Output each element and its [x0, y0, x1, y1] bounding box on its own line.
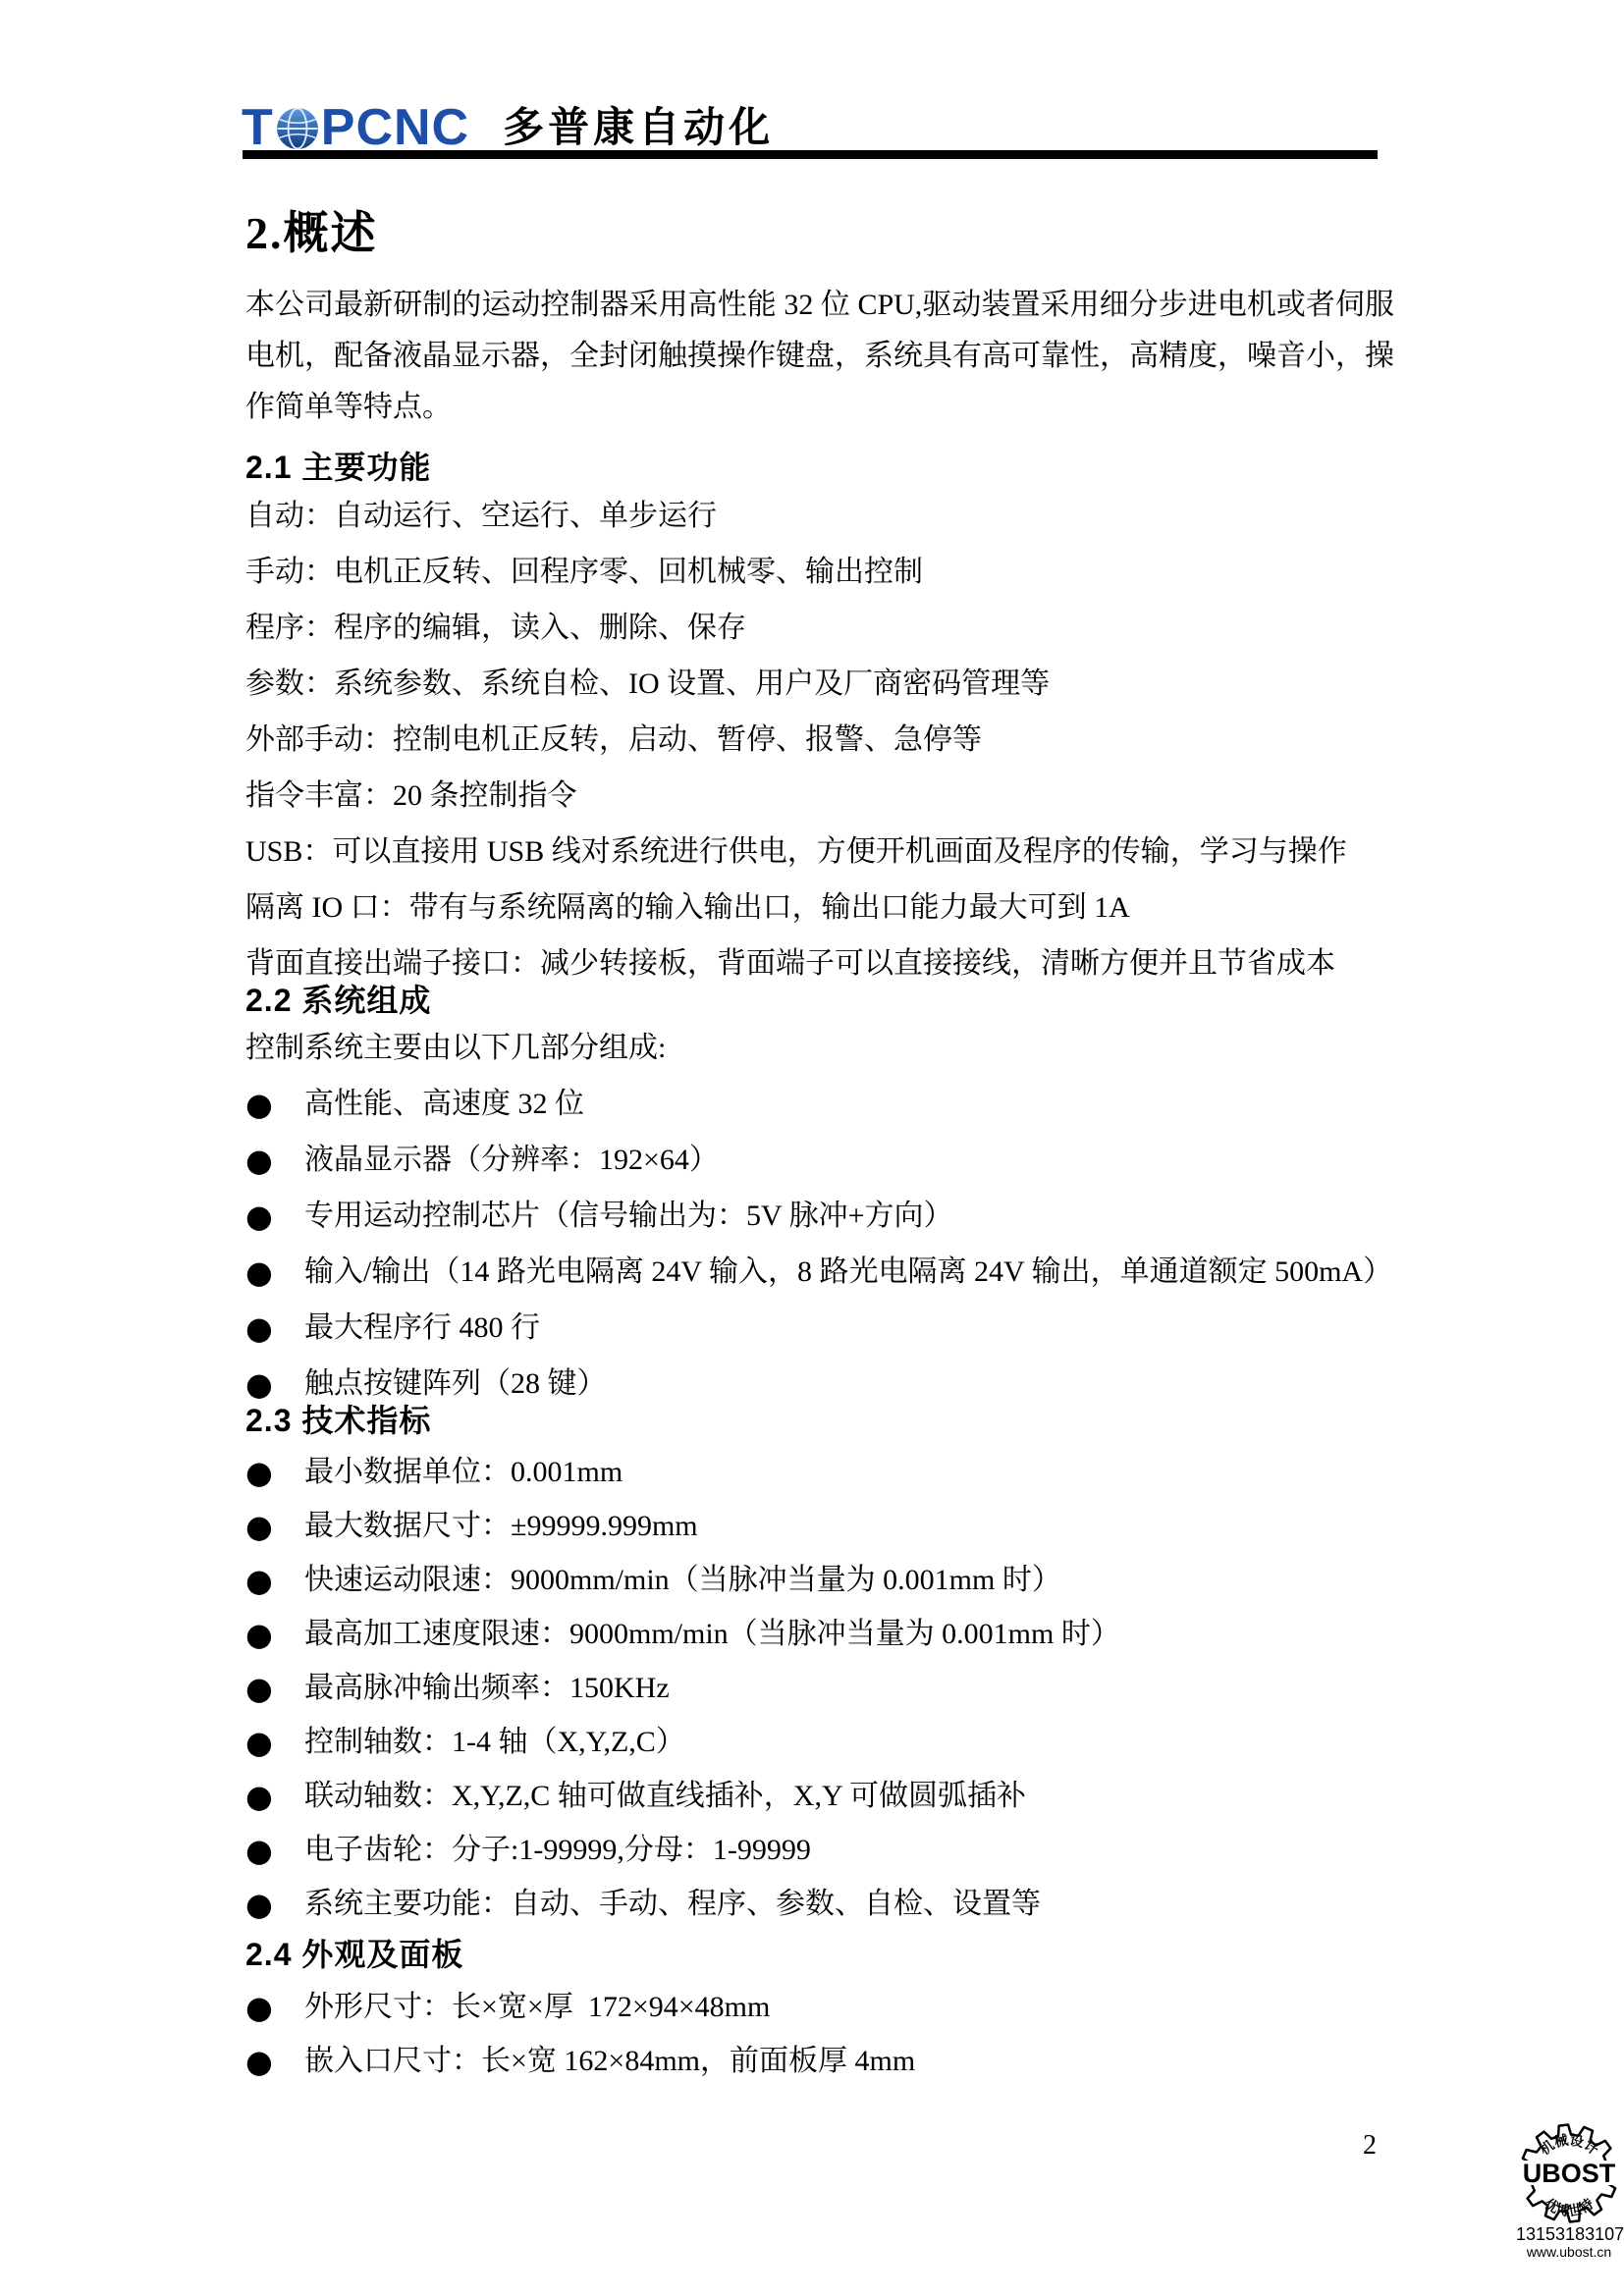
bullet-icon: ● [245, 1144, 304, 1177]
list-item: ● 快速运动限速：9000mm/min（当脉冲当量为 0.001mm 时） [245, 1564, 1394, 1597]
text-line: 隔离 IO 口：带有与系统隔离的输入输出口，输出口能力最大可到 1A [245, 891, 1394, 925]
gear-logo-icon: 机械设计 UBOST 优博世特 [1518, 2122, 1620, 2224]
list-item-text: 高性能、高速度 32 位 [304, 1088, 584, 1121]
list-item-text: 嵌入口尺寸：长×宽 162×84mm，前面板厚 4mm [304, 2045, 915, 2078]
text-line: 参数：系统参数、系统自检、IO 设置、用户及厂商密码管理等 [245, 667, 1394, 701]
list-item: ● 系统主要功能：自动、手动、程序、参数、自检、设置等 [245, 1888, 1394, 1921]
section-lead: 控制系统主要由以下几部分组成: [245, 1032, 1394, 1065]
ubost-stamp: 机械设计 UBOST 优博世特 13153183107 www.ubost.cn [1516, 2122, 1622, 2260]
text-line: 外部手动：控制电机正反转，启动、暂停、报警、急停等 [245, 723, 1394, 757]
bullet-icon: ● [245, 1088, 304, 1121]
bullet-icon: ● [245, 1311, 304, 1345]
text-line: 程序：程序的编辑，读入、删除、保存 [245, 612, 1394, 645]
list-item: ● 最大数据尺寸：±99999.999mm [245, 1510, 1394, 1543]
list-item: ● 外形尺寸：长×宽×厚 172×94×48mm [245, 1991, 1394, 2024]
bullet-icon: ● [245, 1672, 304, 1705]
stamp-website: www.ubost.cn [1516, 2244, 1622, 2260]
list-item-text: 联动轴数：X,Y,Z,C 轴可做直线插补，X,Y 可做圆弧插补 [304, 1780, 1026, 1813]
list-item: ● 专用运动控制芯片（信号输出为：5V 脉冲+方向） [245, 1200, 1394, 1233]
list-item: ● 最高脉冲输出频率：150KHz [245, 1672, 1394, 1705]
document-page: T PCNC 多普康自动化 2.概述 本公司最新研制的运动控制器采用高性能 32… [0, 0, 1624, 2296]
list-item: ● 电子齿轮：分子:1-99999,分母：1-99999 [245, 1834, 1394, 1867]
list-item-text: 专用运动控制芯片（信号输出为：5V 脉冲+方向） [304, 1200, 953, 1233]
intro-paragraph: 本公司最新研制的运动控制器采用高性能 32 位 CPU,驱动装置采用细分步进电机… [245, 280, 1394, 433]
list-item-text: 系统主要功能：自动、手动、程序、参数、自检、设置等 [304, 1888, 1041, 1921]
text-line: 背面直接出端子接口：减少转接板，背面端子可以直接接线，清晰方便并且节省成本 [245, 947, 1394, 981]
list-item-text: 最小数据单位：0.001mm [304, 1456, 623, 1489]
bullet-icon: ● [245, 1618, 304, 1651]
list-item-text: 外形尺寸：长×宽×厚 172×94×48mm [304, 1991, 770, 2024]
list-item: ● 输入/输出（14 路光电隔离 24V 输入，8 路光电隔离 24V 输出，单… [245, 1255, 1394, 1289]
list-item: ● 控制轴数：1-4 轴（X,Y,Z,C） [245, 1726, 1394, 1759]
bullet-icon: ● [245, 1255, 304, 1289]
bullet-icon: ● [245, 1564, 304, 1597]
page-title: 2.概述 [245, 208, 1394, 259]
bullet-icon: ● [245, 1456, 304, 1489]
list-item: ● 液晶显示器（分辨率：192×64） [245, 1144, 1394, 1177]
list-item: ● 最大程序行 480 行 [245, 1311, 1394, 1345]
list-item: ● 最高加工速度限速：9000mm/min（当脉冲当量为 0.001mm 时） [245, 1618, 1394, 1651]
bullet-icon: ● [245, 1726, 304, 1759]
section-system-composition: 2.2 系统组成 控制系统主要由以下几部分组成: ● 高性能、高速度 32 位 … [245, 981, 1394, 1401]
section-heading: 2.2 系统组成 [245, 981, 1394, 1020]
text-line: USB：可以直接用 USB 线对系统进行供电，方便开机画面及程序的传输，学习与操… [245, 835, 1394, 869]
section-heading: 2.4 外观及面板 [245, 1935, 1394, 1974]
document-content: 2.概述 本公司最新研制的运动控制器采用高性能 32 位 CPU,驱动装置采用细… [245, 0, 1394, 2078]
section-main-functions: 2.1 主要功能 自动：自动运行、空运行、单步运行 手动：电机正反转、回程序零、… [245, 448, 1394, 981]
text-line: 指令丰富：20 条控制指令 [245, 779, 1394, 813]
list-item: ● 触点按键阵列（28 键） [245, 1367, 1394, 1401]
section-technical-specs: 2.3 技术指标 ● 最小数据单位：0.001mm ● 最大数据尺寸：±9999… [245, 1401, 1394, 1921]
stamp-name-text: UBOST [1523, 2159, 1616, 2188]
bullet-icon: ● [245, 1780, 304, 1813]
list-item-text: 触点按键阵列（28 键） [304, 1367, 607, 1401]
stamp-phone: 13153183107 [1516, 2224, 1622, 2244]
list-item: ● 联动轴数：X,Y,Z,C 轴可做直线插补，X,Y 可做圆弧插补 [245, 1780, 1394, 1813]
list-item: ● 嵌入口尺寸：长×宽 162×84mm，前面板厚 4mm [245, 2045, 1394, 2078]
bullet-icon: ● [245, 1510, 304, 1543]
list-item-text: 输入/输出（14 路光电隔离 24V 输入，8 路光电隔离 24V 输出，单通道… [304, 1255, 1392, 1289]
list-item: ● 高性能、高速度 32 位 [245, 1088, 1394, 1121]
section-appearance-panel: 2.4 外观及面板 ● 外形尺寸：长×宽×厚 172×94×48mm ● 嵌入口… [245, 1935, 1394, 2078]
list-item-text: 控制轴数：1-4 轴（X,Y,Z,C） [304, 1726, 685, 1759]
list-item: ● 最小数据单位：0.001mm [245, 1456, 1394, 1489]
list-item-text: 液晶显示器（分辨率：192×64） [304, 1144, 719, 1177]
list-item-text: 最大程序行 480 行 [304, 1311, 540, 1345]
bullet-icon: ● [245, 2045, 304, 2078]
list-item-text: 最大数据尺寸：±99999.999mm [304, 1510, 698, 1543]
section-heading: 2.1 主要功能 [245, 448, 1394, 487]
bullet-icon: ● [245, 1888, 304, 1921]
text-line: 手动：电机正反转、回程序零、回机械零、输出控制 [245, 556, 1394, 589]
section-heading: 2.3 技术指标 [245, 1401, 1394, 1440]
text-line: 自动：自动运行、空运行、单步运行 [245, 500, 1394, 533]
list-item-text: 最高脉冲输出频率：150KHz [304, 1672, 670, 1705]
bullet-icon: ● [245, 1200, 304, 1233]
list-item-text: 电子齿轮：分子:1-99999,分母：1-99999 [304, 1834, 811, 1867]
bullet-icon: ● [245, 1367, 304, 1401]
bullet-icon: ● [245, 1834, 304, 1867]
list-item-text: 最高加工速度限速：9000mm/min（当脉冲当量为 0.001mm 时） [304, 1618, 1120, 1651]
page-number: 2 [1363, 2130, 1377, 2162]
list-item-text: 快速运动限速：9000mm/min（当脉冲当量为 0.001mm 时） [304, 1564, 1061, 1597]
bullet-icon: ● [245, 1991, 304, 2024]
